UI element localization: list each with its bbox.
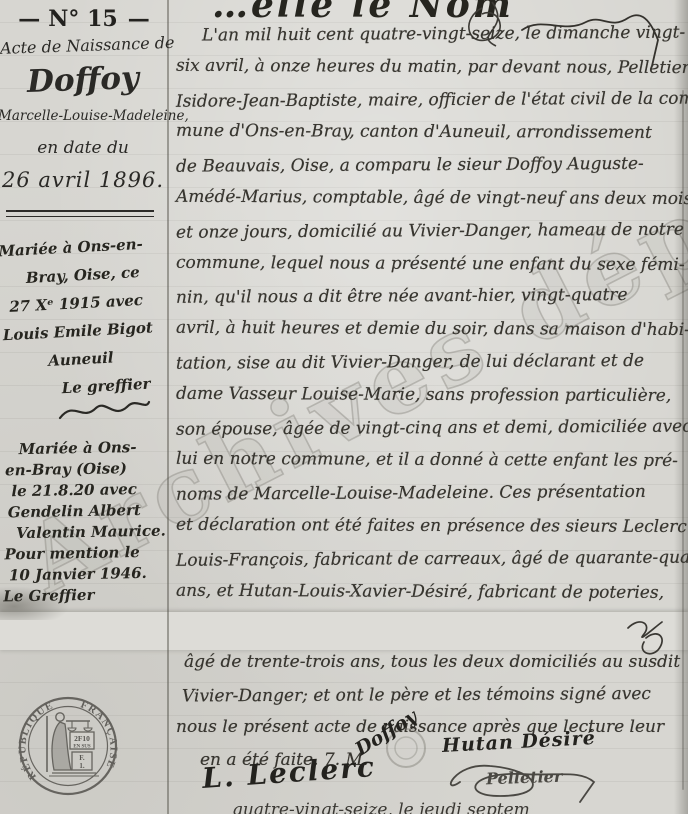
body-line: avril, à huit heures et demie du soir, d… bbox=[176, 312, 688, 347]
act-number-line: —N° 15— bbox=[0, 6, 166, 32]
act-surname: Doffoy bbox=[0, 59, 167, 101]
act-number: N° 15 bbox=[38, 6, 127, 32]
body-line: âgé de trente-trois ans, tous les deux d… bbox=[176, 646, 688, 679]
mention-line: Valentin Maurice. bbox=[2, 521, 166, 545]
body-line: nous le présent acte de naissance après … bbox=[176, 711, 688, 744]
mention-line: le 21.8.20 avec bbox=[1, 479, 165, 503]
mention-line: Gendelin Albert bbox=[2, 500, 166, 524]
stamp-en-sus: EN SUS bbox=[73, 745, 91, 750]
stamp-one: 1. bbox=[79, 762, 85, 770]
dash-right: — bbox=[128, 6, 148, 32]
body-line: et onze jours, domicilié au Vivier-Dange… bbox=[176, 213, 688, 249]
mention-line: en-Bray (Oise) bbox=[1, 458, 165, 482]
stamp-value: 2F10 bbox=[74, 734, 90, 743]
body-line: six avril, à onze heures du matin, par d… bbox=[176, 50, 688, 85]
act-date-value: 26 avril 1896. bbox=[0, 168, 166, 192]
marriage-mention-1946: Mariée à Ons- en-Bray (Oise) le 21.8.20 … bbox=[1, 437, 168, 608]
body-line: commune, lequel nous a présenté une enfa… bbox=[176, 246, 688, 281]
stamp-scales-pans bbox=[68, 721, 92, 731]
stamp-figure-head bbox=[56, 713, 64, 721]
act-body-text: L'an mil huit cent quatre-vingt-seize, l… bbox=[176, 18, 688, 608]
body-line: dame Vasseur Louise-Marie, sans professi… bbox=[176, 378, 688, 413]
body-line: Louis-François, fabricant de carreaux, â… bbox=[176, 541, 688, 577]
body-line: tation, sise au dit Vivier-Danger, de lu… bbox=[176, 344, 688, 380]
birth-act-register-scan: Archives dép —N° 15— Acte de Naissance d… bbox=[0, 0, 688, 814]
mention-line: Pour mention le bbox=[2, 542, 166, 566]
act-title: Acte de Naissance de bbox=[0, 33, 166, 58]
marriage-mention-1915: Mariée à Ons-en- Bray, Oise, ce 27 Xᵉ 19… bbox=[0, 229, 170, 405]
greffier-paraph-scrawl bbox=[56, 396, 152, 426]
body-line: Vivier-Danger; et ont le père et les tém… bbox=[176, 677, 688, 712]
body-line: Amédé-Marius, comptable, âgé de vingt-ne… bbox=[176, 181, 688, 216]
republique-francaise-revenue-stamp: RÉPUBLIQUE FRANÇAISE 2F10 EN SUS F. 1. bbox=[14, 692, 122, 800]
act-continuation-text: âgé de trente-trois ans, tous les deux d… bbox=[176, 646, 688, 776]
body-line: nin, qu'il nous a dit être née avant-hie… bbox=[176, 279, 688, 315]
dash-left: — bbox=[18, 6, 38, 32]
mention-line: Le Greffier bbox=[3, 584, 167, 608]
mention-line: Mariée à Ons- bbox=[1, 437, 165, 461]
body-line: noms de Marcelle-Louise-Madeleine. Ces p… bbox=[176, 475, 688, 511]
act-given-names: Marcelle-Louise-Madeleine, bbox=[0, 108, 164, 124]
body-line: son épouse, âgée de vingt-cinq ans et de… bbox=[176, 410, 688, 446]
body-line: L'an mil huit cent quatre-vingt-seize, l… bbox=[176, 16, 688, 52]
signature-pelletier: Pelletier bbox=[486, 767, 563, 789]
body-line: de Beauvais, Oise, a comparu le sieur Do… bbox=[176, 147, 688, 183]
body-line: mune d'Ons-en-Bray, canton d'Auneuil, ar… bbox=[176, 115, 688, 150]
act-date-label: en date du bbox=[0, 138, 166, 158]
next-act-partial-line: quatre-vingt-seize, le jeudi septem bbox=[232, 800, 530, 814]
body-line: ans, et Hutan-Louis-Xavier-Désiré, fabri… bbox=[176, 574, 688, 609]
body-line: et déclaration ont été faites en présenc… bbox=[176, 509, 688, 544]
body-line: lui en notre commune, et il a donné à ce… bbox=[176, 443, 688, 478]
margin-double-rule bbox=[6, 210, 154, 217]
body-line: Isidore-Jean-Baptiste, maire, officier d… bbox=[176, 82, 688, 118]
stamp-franc: F. bbox=[79, 754, 85, 762]
mention-line: 10 Janvier 1946. bbox=[3, 563, 167, 587]
